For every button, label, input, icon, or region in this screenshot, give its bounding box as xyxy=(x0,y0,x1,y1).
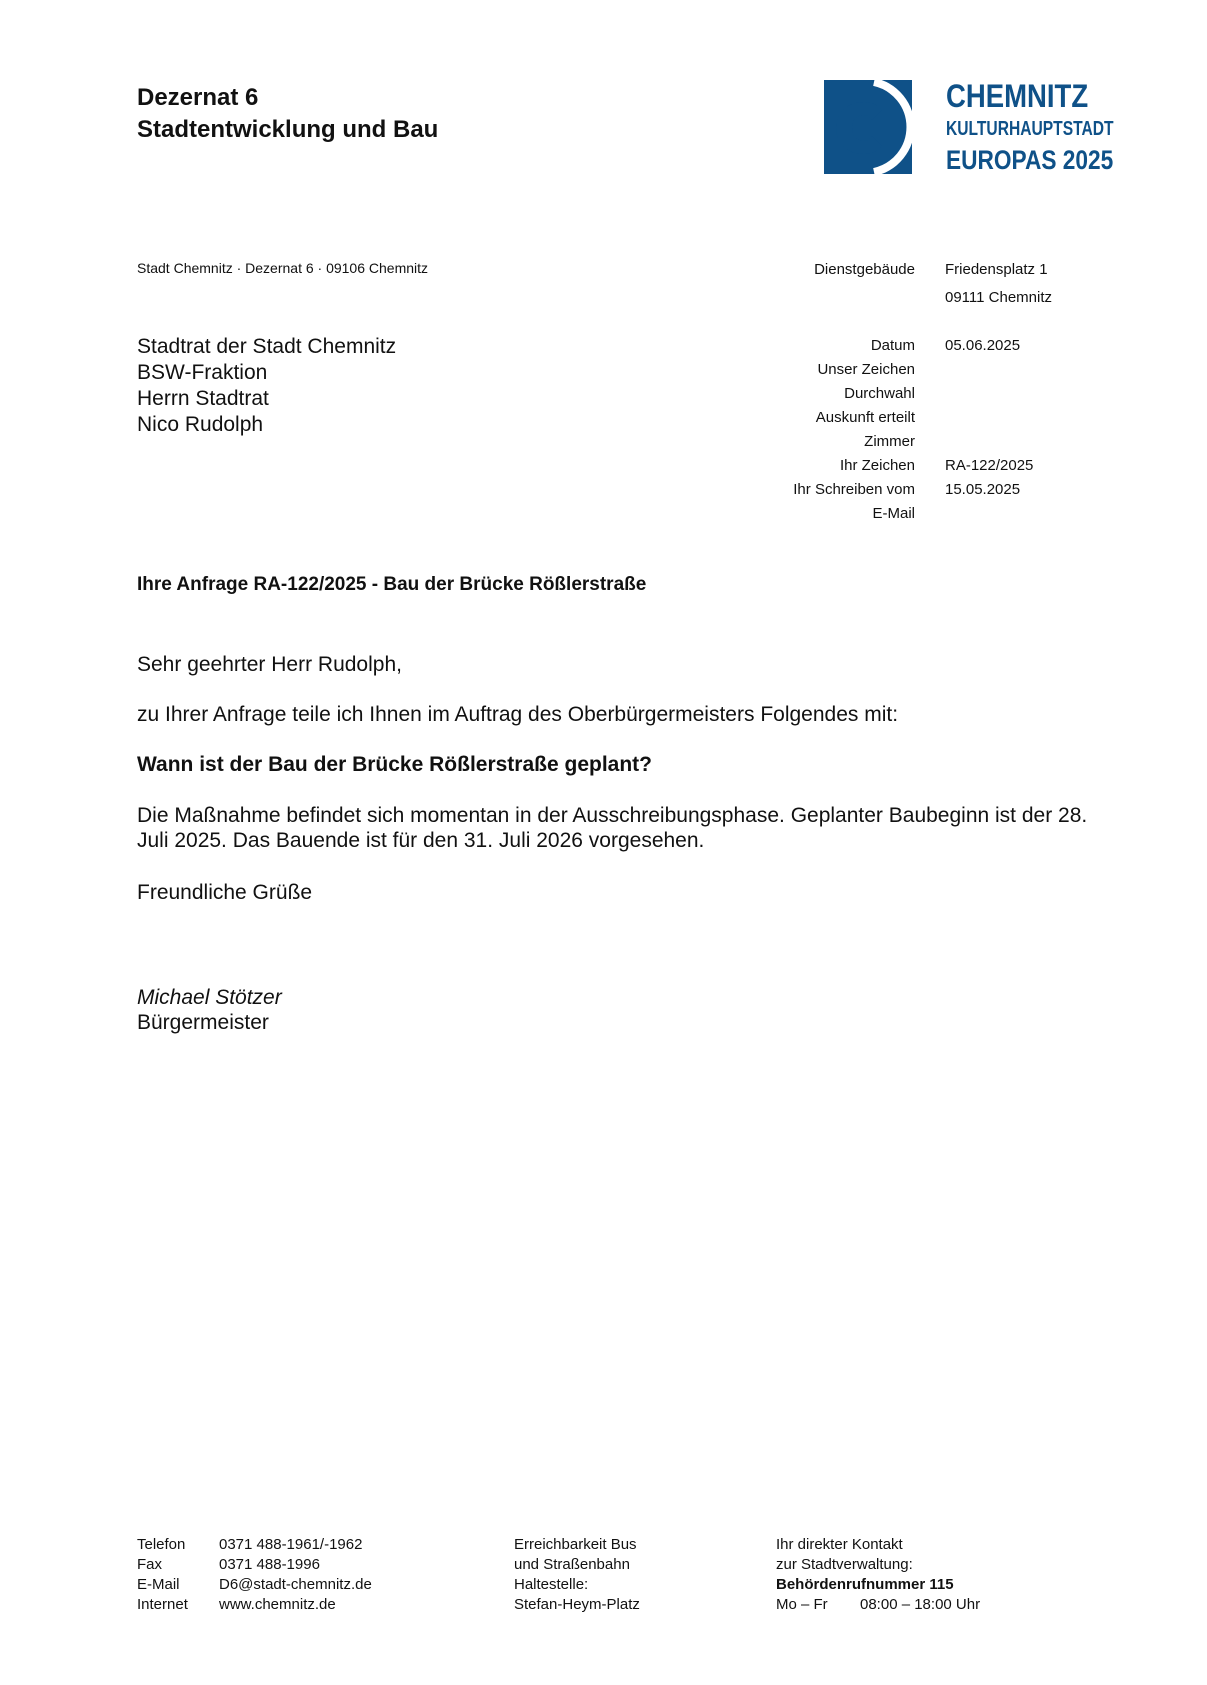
office-address-line1: Friedensplatz 1 xyxy=(945,258,1048,282)
recipient-line: Stadtrat der Stadt Chemnitz xyxy=(137,334,396,360)
direct-contact-line2: zur Stadtverwaltung: xyxy=(776,1555,980,1575)
reference-field-value: RA-122/2025 xyxy=(945,454,1033,478)
reference-field-value: 15.05.2025 xyxy=(945,478,1020,502)
footer-contact-value[interactable]: D6@stadt-chemnitz.de xyxy=(219,1575,372,1595)
footer-contact-row: Internetwww.chemnitz.de xyxy=(137,1595,372,1615)
reference-field-label: Ihr Zeichen xyxy=(740,454,915,478)
footer-transit-line: Stefan-Heym-Platz xyxy=(514,1595,640,1615)
footer-contact-label: Telefon xyxy=(137,1535,219,1555)
department-number: Dezernat 6 xyxy=(137,82,438,114)
closing: Freundliche Grüße xyxy=(137,880,1117,905)
office-row-2: 09111 Chemnitz xyxy=(740,286,1140,310)
office-hours-time: 08:00 – 18:00 Uhr xyxy=(860,1595,980,1615)
signer-title: Bürgermeister xyxy=(137,1010,1117,1035)
question-heading: Wann ist der Bau der Brücke Rößlerstraße… xyxy=(137,752,1117,777)
footer-contact-row: Fax0371 488-1996 xyxy=(137,1555,372,1575)
office-hours: Mo – Fr 08:00 – 18:00 Uhr xyxy=(776,1595,980,1615)
authority-phone-number: Behördenrufnummer 115 xyxy=(776,1575,980,1595)
recipient-line: Herrn Stadtrat xyxy=(137,386,396,412)
reference-field-row: Ihr ZeichenRA-122/2025 xyxy=(740,454,1140,478)
reference-field-label: Datum xyxy=(740,334,915,358)
footer-direct-contact: Ihr direkter Kontakt zur Stadtverwaltung… xyxy=(776,1535,980,1615)
office-row: Dienstgebäude Friedensplatz 1 xyxy=(740,258,1140,282)
subject-line: Ihre Anfrage RA-122/2025 - Bau der Brück… xyxy=(137,574,646,596)
office-hours-days: Mo – Fr xyxy=(776,1595,860,1615)
office-address-line2: 09111 Chemnitz xyxy=(945,286,1052,310)
sender-line: Stadt Chemnitz · Dezernat 6 · 09106 Chem… xyxy=(137,260,428,276)
footer-contact-value: 0371 488-1961/-1962 xyxy=(219,1535,362,1555)
footer-contact-label: Fax xyxy=(137,1555,219,1575)
footer-transit-line: und Straßenbahn xyxy=(514,1555,640,1575)
reference-field-row: Auskunft erteilt xyxy=(740,406,1140,430)
salutation: Sehr geehrter Herr Rudolph, xyxy=(137,652,1117,677)
footer-contact-value[interactable]: www.chemnitz.de xyxy=(219,1595,336,1615)
intro-paragraph: zu Ihrer Anfrage teile ich Ihnen im Auft… xyxy=(137,702,1117,727)
answer-paragraph: Die Maßnahme befindet sich momentan in d… xyxy=(137,803,1117,853)
footer-contact-label: E-Mail xyxy=(137,1575,219,1595)
footer-transit-line: Haltestelle: xyxy=(514,1575,640,1595)
footer-transit-line: Erreichbarkeit Bus xyxy=(514,1535,640,1555)
footer-contact-label: Internet xyxy=(137,1595,219,1615)
reference-field-label: Ihr Schreiben vom xyxy=(740,478,915,502)
recipient-line: Nico Rudolph xyxy=(137,412,396,438)
logo-text-kulturhauptstadt: KULTURHAUPTSTADT xyxy=(946,114,1114,144)
reference-field-row: Zimmer xyxy=(740,430,1140,454)
reference-field-row: Datum05.06.2025 xyxy=(740,334,1140,358)
reference-field-label: Auskunft erteilt xyxy=(740,406,915,430)
logo-text-europas: EUROPAS 2025 xyxy=(946,144,1126,176)
department-heading: Dezernat 6 Stadtentwicklung und Bau xyxy=(137,82,438,146)
reference-block: Dienstgebäude Friedensplatz 1 09111 Chem… xyxy=(740,258,1140,526)
footer-contact-row: E-MailD6@stadt-chemnitz.de xyxy=(137,1575,372,1595)
reference-field-label: E-Mail xyxy=(740,502,915,526)
signer-name: Michael Stötzer xyxy=(137,985,1117,1010)
chemnitz-c-logo-icon xyxy=(816,80,912,174)
logo-text-city: CHEMNITZ xyxy=(946,78,1131,114)
footer-transit: Erreichbarkeit Busund StraßenbahnHaltest… xyxy=(514,1535,640,1615)
recipient-line: BSW-Fraktion xyxy=(137,360,396,386)
department-name: Stadtentwicklung und Bau xyxy=(137,114,438,146)
reference-field-label: Durchwahl xyxy=(740,382,915,406)
reference-field-row: Durchwahl xyxy=(740,382,1140,406)
reference-fields: Datum05.06.2025Unser ZeichenDurchwahlAus… xyxy=(740,334,1140,526)
reference-field-label: Unser Zeichen xyxy=(740,358,915,382)
reference-field-row: E-Mail xyxy=(740,502,1140,526)
office-label: Dienstgebäude xyxy=(740,258,915,282)
reference-field-row: Unser Zeichen xyxy=(740,358,1140,382)
footer-contacts: Telefon0371 488-1961/-1962Fax0371 488-19… xyxy=(137,1535,372,1615)
footer-contact-value: 0371 488-1996 xyxy=(219,1555,320,1575)
reference-field-row: Ihr Schreiben vom15.05.2025 xyxy=(740,478,1140,502)
reference-field-label: Zimmer xyxy=(740,430,915,454)
direct-contact-line1: Ihr direkter Kontakt xyxy=(776,1535,980,1555)
recipient-address: Stadtrat der Stadt ChemnitzBSW-FraktionH… xyxy=(137,334,396,438)
chemnitz-logo: CHEMNITZ KULTURHAUPTSTADT EUROPAS 2025 xyxy=(816,78,1112,178)
reference-field-value: 05.06.2025 xyxy=(945,334,1020,358)
footer-contact-row: Telefon0371 488-1961/-1962 xyxy=(137,1535,372,1555)
